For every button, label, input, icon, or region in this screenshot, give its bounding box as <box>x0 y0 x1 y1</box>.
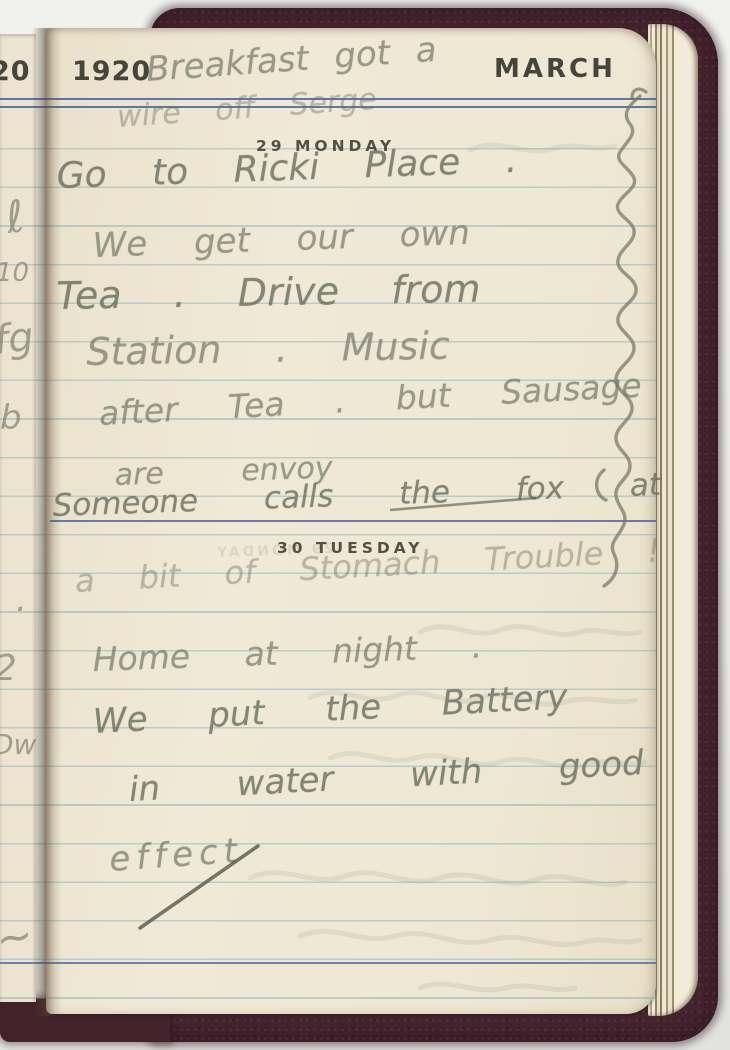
facing-page-stroke-fragment: fg <box>0 314 36 364</box>
handwritten-line: Station . Music <box>86 324 450 374</box>
bottom-separator-rule <box>0 962 656 964</box>
facing-page-stroke-fragment: b <box>0 398 22 438</box>
facing-year-fragment: 20 <box>0 56 31 87</box>
year-label: 1920 <box>72 56 151 87</box>
facing-page-stroke-fragment: 2 <box>0 648 17 689</box>
facing-page-sliver <box>0 34 36 1002</box>
facing-page-stroke-fragment: 10 <box>0 258 29 288</box>
facing-page-stroke-fragment: Dw <box>0 728 36 761</box>
handwritten-line: Tea . Drive from <box>56 267 481 318</box>
facing-page-stroke-fragment: . <box>16 580 27 620</box>
diary-photo: 20 1920 MARCH 29 MONDAY 29 MONDAY 30 TUE… <box>0 0 730 1050</box>
month-label: MARCH <box>494 54 616 84</box>
